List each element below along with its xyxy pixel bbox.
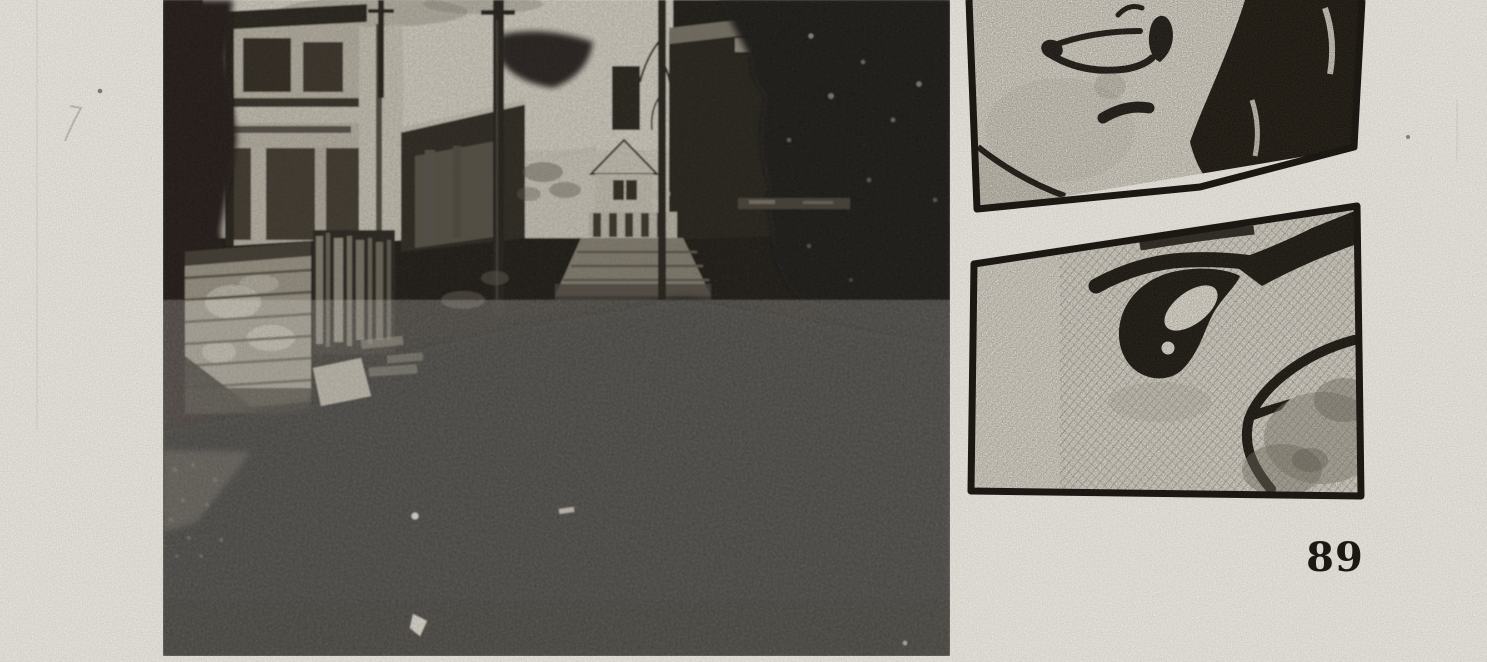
manga-page-scan: 89 (0, 0, 1487, 662)
page-art (0, 0, 1487, 662)
page-number: 89 (1300, 534, 1370, 581)
paper-grain (0, 0, 1487, 662)
